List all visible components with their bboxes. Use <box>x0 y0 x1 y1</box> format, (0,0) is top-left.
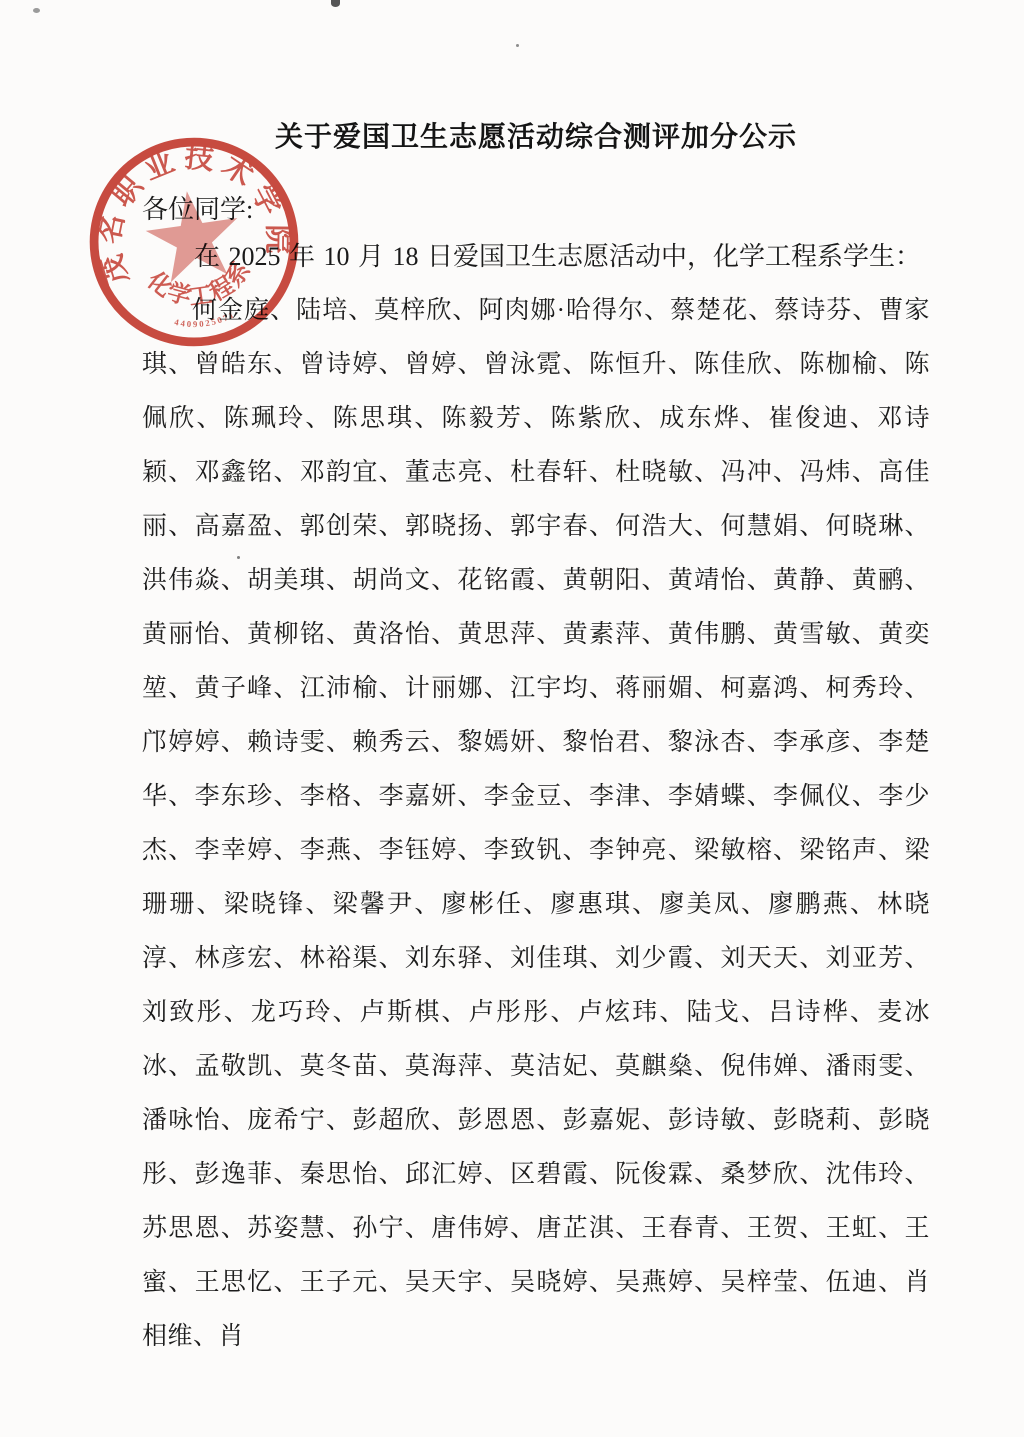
scan-speck <box>331 0 340 7</box>
names-paragraph: 何金庭、陆培、莫梓欣、阿肉娜·哈得尔、蔡楚花、蔡诗芬、曹家琪、曾皓东、曾诗婷、曾… <box>142 284 930 1364</box>
scanned-notice-page: 关于爱国卫生志愿活动综合测评加分公示 各位同学: 在 2025 年 10 月 1… <box>0 0 1024 1437</box>
seal-department-text: 化学工程系 <box>139 253 261 318</box>
scan-speck <box>516 44 519 47</box>
svg-text:4409025071: 4409025071 <box>172 308 238 332</box>
seal-serial-number: 4409025071 <box>172 308 238 332</box>
svg-text:化学工程系: 化学工程系 <box>139 253 261 318</box>
names-tail-truncated: 、肖 <box>193 1323 244 1350</box>
names-list: 何金庭、陆培、莫梓欣、阿肉娜·哈得尔、蔡楚花、蔡诗芬、曹家琪、曾皓东、曾诗婷、曾… <box>142 297 930 1350</box>
scan-speck <box>33 8 40 13</box>
official-seal: 茂名职业技术学院 化学工程系 4409025071 <box>72 120 316 364</box>
